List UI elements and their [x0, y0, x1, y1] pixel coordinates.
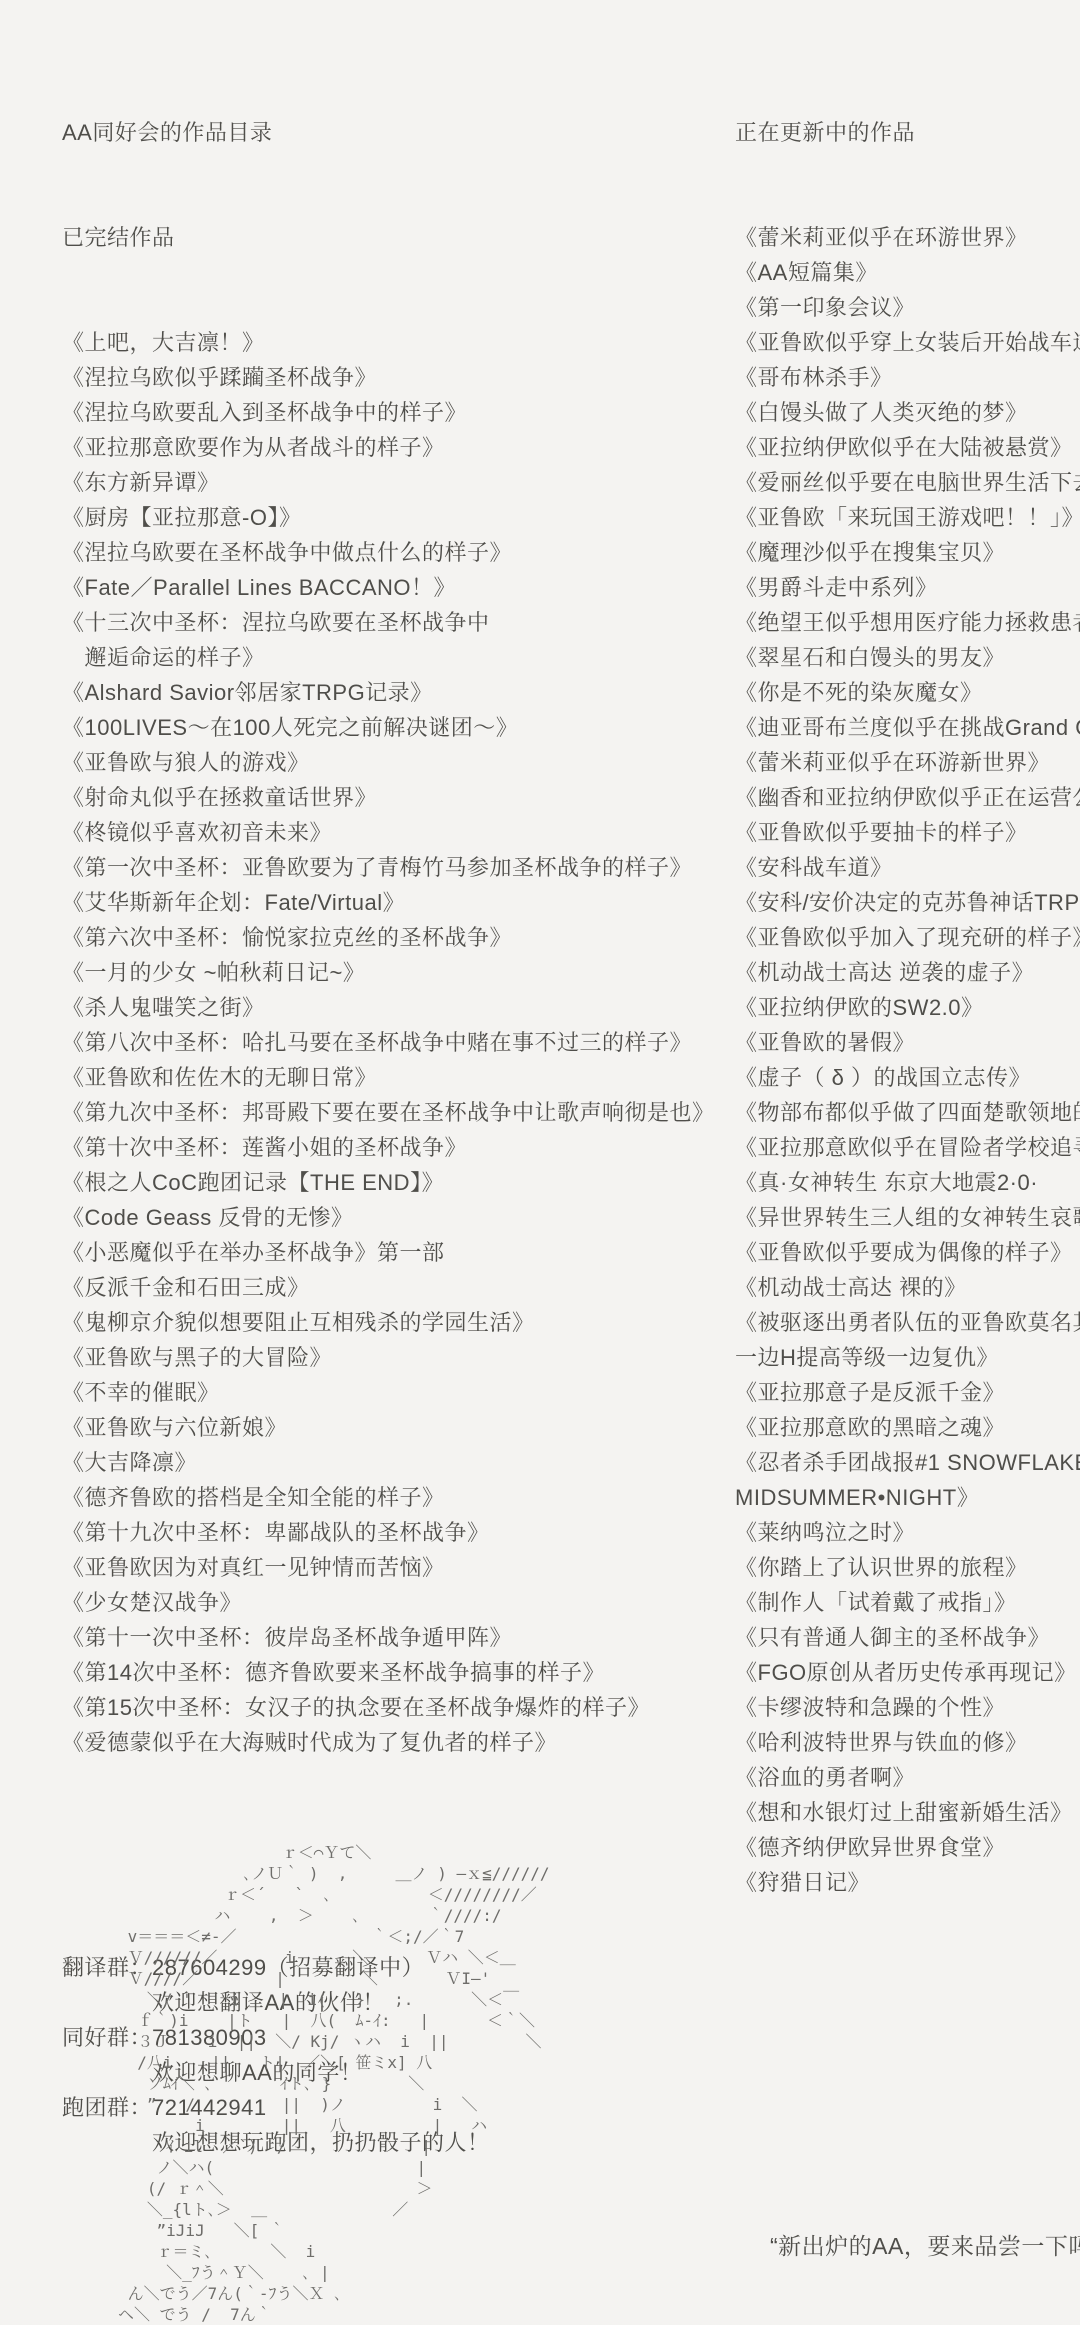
work-title: 《亚拉那意欧的黑暗之魂》	[735, 1410, 1080, 1445]
work-title: 《东方新异谭》	[62, 465, 742, 500]
work-title: 《机动战士高达 裸的》	[735, 1270, 1080, 1305]
work-title: 《亚拉那意欧似乎在冒险者学校追寻	[735, 1130, 1080, 1165]
work-title: 《忍者杀手团战报#1 SNOWFLAKE	[735, 1445, 1080, 1480]
work-title: 《安科/安价决定的克苏鲁神话TRPG	[735, 885, 1080, 920]
work-title: 《卡缪波特和急躁的个性》	[735, 1690, 1080, 1725]
work-title: 《亚鲁欧与狼人的游戏》	[62, 745, 742, 780]
work-title: 《物部布都似乎做了四面楚歌领地的	[735, 1095, 1080, 1130]
work-title: 《Fate／Parallel Lines BACCANO！》	[62, 570, 742, 605]
work-title: 《魔理沙似乎在搜集宝贝》	[735, 535, 1080, 570]
work-title: 《翠星石和白馒头的男友》	[735, 640, 1080, 675]
work-title: 《第六次中圣杯：愉悦家拉克丝的圣杯战争》	[62, 920, 742, 955]
work-title: 《哥布林杀手》	[735, 360, 1080, 395]
work-title: 《第十九次中圣杯：卑鄙战队的圣杯战争》	[62, 1515, 742, 1550]
work-title: 《亚鲁欧的暑假》	[735, 1025, 1080, 1060]
work-title: 《浴血的勇者啊》	[735, 1760, 1080, 1795]
work-title: 《亚鲁欧似乎要成为偶像的样子》	[735, 1235, 1080, 1270]
work-title: 《被驱逐出勇者队伍的亚鲁欧莫名其	[735, 1305, 1080, 1340]
catalog-page: AA同好会的作品目录 已完结作品 《上吧，大吉凛！》《涅拉乌欧似乎蹂躏圣杯战争》…	[0, 0, 1080, 2325]
work-title: 《不幸的催眠》	[62, 1375, 742, 1410]
work-title: 《艾华斯新年企划：Fate/Virtual》	[62, 885, 742, 920]
work-title: 《异世界转生三人组的女神转生哀歌	[735, 1200, 1080, 1235]
work-title: 《亚鲁欧和佐佐木的无聊日常》	[62, 1060, 742, 1095]
work-title: 《德齐纳伊欧异世界食堂》	[735, 1830, 1080, 1865]
work-title: 《小恶魔似乎在举办圣杯战争》第一部	[62, 1235, 742, 1270]
work-title: 《一月的少女 ~帕秋莉日记~》	[62, 955, 742, 990]
work-title: 《FGO原创从者历史传承再现记》	[735, 1655, 1080, 1690]
work-title: 《白馒头做了人类灭绝的梦》	[735, 395, 1080, 430]
work-title: 《安科战车道》	[735, 850, 1080, 885]
work-title: 《男爵斗走中系列》	[735, 570, 1080, 605]
work-title: 《反派千金和石田三成》	[62, 1270, 742, 1305]
right-column-title: 正在更新中的作品	[735, 115, 1080, 150]
work-title: MIDSUMMER•NIGHT》	[735, 1480, 1080, 1515]
work-title: 《你踏上了认识世界的旅程》	[735, 1550, 1080, 1585]
work-title: 《第一次中圣杯：亚鲁欧要为了青梅竹马参加圣杯战争的样子》	[62, 850, 742, 885]
work-title: 《亚鲁欧因为对真红一见钟情而苦恼》	[62, 1550, 742, 1585]
work-title: 《德齐鲁欧的搭档是全知全能的样子》	[62, 1480, 742, 1515]
work-title: 《狩猎日记》	[735, 1865, 1080, 1900]
work-title: 《第十一次中圣杯：彼岸岛圣杯战争遁甲阵》	[62, 1620, 742, 1655]
work-title: 《柊镜似乎喜欢初音未来》	[62, 815, 742, 850]
work-title: 《涅拉乌欧似乎蹂躏圣杯战争》	[62, 360, 742, 395]
work-title: 《第八次中圣杯：哈扎马要在圣杯战争中赌在事不过三的样子》	[62, 1025, 742, 1060]
work-title: 《真·女神转生 东京大地震2·0·	[735, 1165, 1080, 1200]
work-title: 《亚拉纳伊欧似乎在大陆被悬赏》	[735, 430, 1080, 465]
work-title: 《幽香和亚拉纳伊欧似乎正在运营公	[735, 780, 1080, 815]
work-title: 《Code Geass 反骨的无惨》	[62, 1200, 742, 1235]
work-title: 《第九次中圣杯：邦哥殿下要在要在圣杯战争中让歌声响彻是也》	[62, 1095, 742, 1130]
work-title: 《爱丽丝似乎要在电脑世界生活下去	[735, 465, 1080, 500]
left-column-title: AA同好会的作品目录	[62, 115, 742, 150]
work-title: 《杀人鬼嗤笑之街》	[62, 990, 742, 1025]
work-title: 《亚鲁欧「来玩国王游戏吧！！」》	[735, 500, 1080, 535]
ascii-art-figure: ｒ＜⌒Ｙて＼ ､ノＵ｀ ) , ＿ノ ) ―ｘ≦////// ｒ＜´ ` ､ ＜…	[118, 1842, 550, 2325]
updating-works-list: 《蕾米莉亚似乎在环游世界》《AA短篇集》《第一印象会议》《亚鲁欧似乎穿上女装后开…	[735, 220, 1080, 1900]
work-title: 《第15次中圣杯：女汉子的执念要在圣杯战争爆炸的样子》	[62, 1690, 742, 1725]
work-title: 《根之人CoC跑团记录【THE END】》	[62, 1165, 742, 1200]
work-title: 《哈利波特世界与铁血的修》	[735, 1725, 1080, 1760]
work-title: 《亚拉纳伊欧的SW2.0》	[735, 990, 1080, 1025]
work-title: 《只有普通人御主的圣杯战争》	[735, 1620, 1080, 1655]
work-title: 《大吉降凛》	[62, 1445, 742, 1480]
work-title: 《第一印象会议》	[735, 290, 1080, 325]
work-title: 《第十次中圣杯：莲酱小姐的圣杯战争》	[62, 1130, 742, 1165]
work-title: 《射命丸似乎在拯救童话世界》	[62, 780, 742, 815]
work-title: 《100LIVES～在100人死完之前解决谜团～》	[62, 710, 742, 745]
aa-caption: “新出炉的AA，要来品尝一下吗	[770, 2228, 1080, 2261]
work-title: 《第14次中圣杯：德齐鲁欧要来圣杯战争搞事的样子》	[62, 1655, 742, 1690]
work-title: 《涅拉乌欧要在圣杯战争中做点什么的样子》	[62, 535, 742, 570]
work-title: 《绝望王似乎想用医疗能力拯救患者	[735, 605, 1080, 640]
completed-works-list: 《上吧，大吉凛！》《涅拉乌欧似乎蹂躏圣杯战争》《涅拉乌欧要乱入到圣杯战争中的样子…	[62, 325, 742, 1760]
work-title: 《亚鲁欧似乎加入了现充研的样子》	[735, 920, 1080, 955]
updating-works-column: 正在更新中的作品 《蕾米莉亚似乎在环游世界》《AA短篇集》《第一印象会议》《亚鲁…	[735, 45, 1080, 1970]
work-title: 《虚子（ δ ）的战国立志传》	[735, 1060, 1080, 1095]
work-title: 《AA短篇集》	[735, 255, 1080, 290]
work-title: 《亚鲁欧与六位新娘》	[62, 1410, 742, 1445]
work-title: 《Alshard Savior邻居家TRPG记录》	[62, 675, 742, 710]
work-title: 邂逅命运的样子》	[62, 640, 742, 675]
work-title: 《迪亚哥布兰度似乎在挑战Grand O	[735, 710, 1080, 745]
work-title: 《想和水银灯过上甜蜜新婚生活》	[735, 1795, 1080, 1830]
work-title: 《亚拉那意欧要作为从者战斗的样子》	[62, 430, 742, 465]
work-title: 《亚鲁欧与黑子的大冒险》	[62, 1340, 742, 1375]
work-title: 《涅拉乌欧要乱入到圣杯战争中的样子》	[62, 395, 742, 430]
work-title: 《厨房【亚拉那意-O】》	[62, 500, 742, 535]
work-title: 《少女楚汉战争》	[62, 1585, 742, 1620]
work-title: 《亚鲁欧似乎要抽卡的样子》	[735, 815, 1080, 850]
work-title: 《上吧，大吉凛！》	[62, 325, 742, 360]
work-title: 《你是不死的染灰魔女》	[735, 675, 1080, 710]
work-title: 《蕾米莉亚似乎在环游世界》	[735, 220, 1080, 255]
work-title: 《亚鲁欧似乎穿上女装后开始战车道	[735, 325, 1080, 360]
work-title: 《十三次中圣杯：涅拉乌欧要在圣杯战争中	[62, 605, 742, 640]
work-title: 《机动战士高达 逆袭的虚子》	[735, 955, 1080, 990]
work-title: 一边H提高等级一边复仇》	[735, 1340, 1080, 1375]
work-title: 《爱德蒙似乎在大海贼时代成为了复仇者的样子》	[62, 1725, 742, 1760]
work-title: 《制作人「试着戴了戒指」》	[735, 1585, 1080, 1620]
work-title: 《蕾米莉亚似乎在环游新世界》	[735, 745, 1080, 780]
work-title: 《鬼柳京介貌似想要阻止互相残杀的学园生活》	[62, 1305, 742, 1340]
work-title: 《亚拉那意子是反派千金》	[735, 1375, 1080, 1410]
left-column-subtitle: 已完结作品	[62, 220, 742, 255]
work-title: 《莱纳鸣泣之时》	[735, 1515, 1080, 1550]
